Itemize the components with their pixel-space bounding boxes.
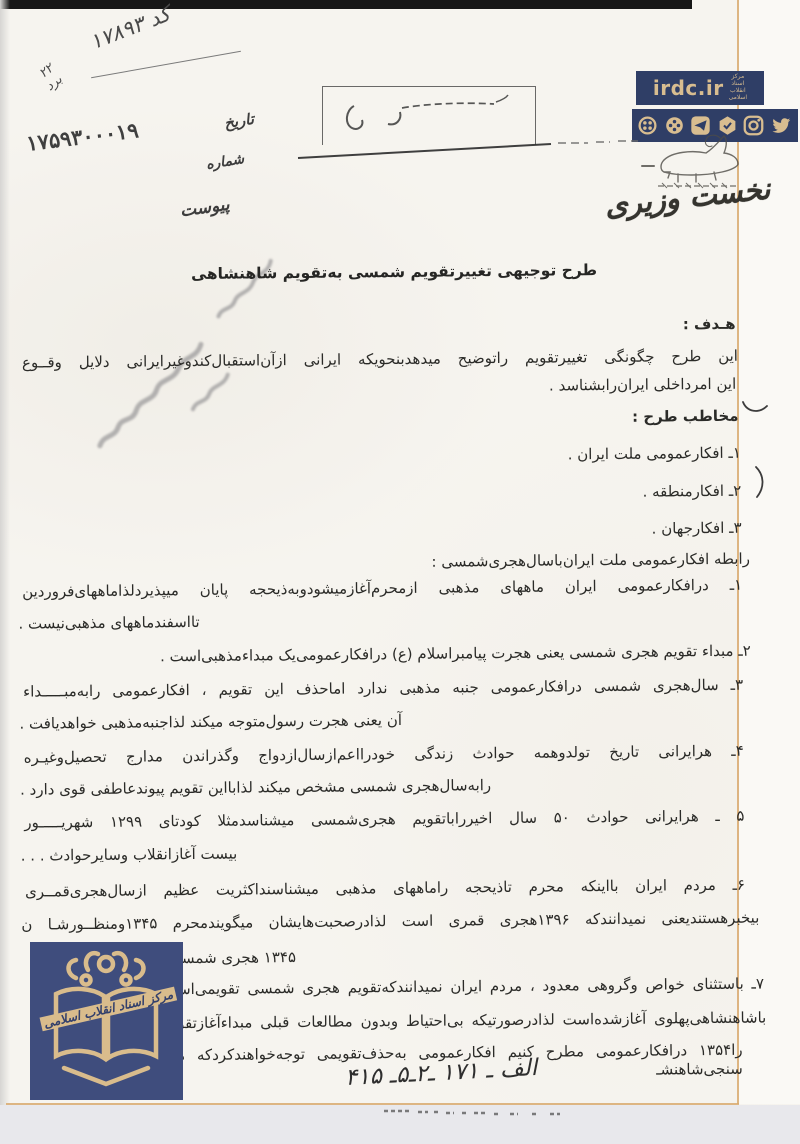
doc-heading-relation: رابطه افکارعمومی ملت ایران‌باسال‌هجری‌شم…: [431, 550, 750, 572]
doc-line: ۳ـ سال‌هجری شمسی درافکارعمومی جنبه مذهبی…: [23, 676, 743, 702]
doc-line: رابه‌سال‌هجری شمسی مشخص میکند لذابااین ت…: [20, 776, 491, 799]
doc-line: ۶ـ مردم ایران بااینکه محرم تاذیحجه راماه…: [25, 876, 745, 902]
doc-heading-audience: مخاطب طرح :: [632, 407, 739, 427]
doc-line: این طرح چگونگی تغییرتقویم راتوضیح میدهدب…: [22, 347, 738, 373]
doc-line: ۵ ـ هرایرانی حوادث ۵۰ سال اخیرراباتقویم …: [24, 807, 744, 833]
doc-line: ۲ـ مبداء تقویم هجری شمسی یعنی هجرت پیامب…: [160, 642, 751, 666]
doc-line: بیخبرهستندیعنی نمیدانندکه ۱۳۹۶هجری قمری …: [21, 909, 759, 935]
doc-line: این امرداخلی ایران‌رابشناسد .: [549, 375, 736, 396]
doc-heading-goal: هـدف :: [683, 315, 736, 334]
doc-list-item: ۲ـ افکارمنطقه .: [642, 482, 741, 502]
doc-line: آن یعنی هجرت رسول‌متوجه میکند لذاجنبه‌مذ…: [19, 711, 402, 733]
scanned-document-page: کد ۱۷۸۹۳ ۲۲ برد تاریخ ۱۷۵۹۳۰۰۰۱۹ شماره پ…: [0, 0, 800, 1144]
archive-center-logo: مرکز اسناد انقلاب اسلامی: [30, 942, 183, 1100]
doc-line: تااسفندماههای مذهبی‌نیست .: [18, 613, 199, 633]
doc-line: ۷ـ باستثنای خواص وگروهی معدود ، مردم ایر…: [144, 975, 764, 1000]
doc-list-item: ۳ـ افکارجهان .: [652, 519, 742, 539]
doc-line: بیست آغازانقلاب وسایرحوادث . . .: [21, 845, 238, 866]
doc-line: ۴ـ هرایرانی تاریخ تولدوهمه‌ حوادث زندگی …: [24, 742, 744, 768]
doc-list-item: ۱ـ افکارعمومی ملت ایران .: [568, 444, 741, 464]
doc-line: باشاهنشاهی‌پهلوی آغازشده‌است لذادرصورتیک…: [116, 1009, 766, 1034]
doc-line: ۱ـ درافکارعمومی ایران ماههای مذهبی ازمحر…: [22, 576, 742, 602]
document-title: طرح توجیهی تغییرتقویم شمسی به‌تقویم شاهن…: [227, 261, 597, 284]
